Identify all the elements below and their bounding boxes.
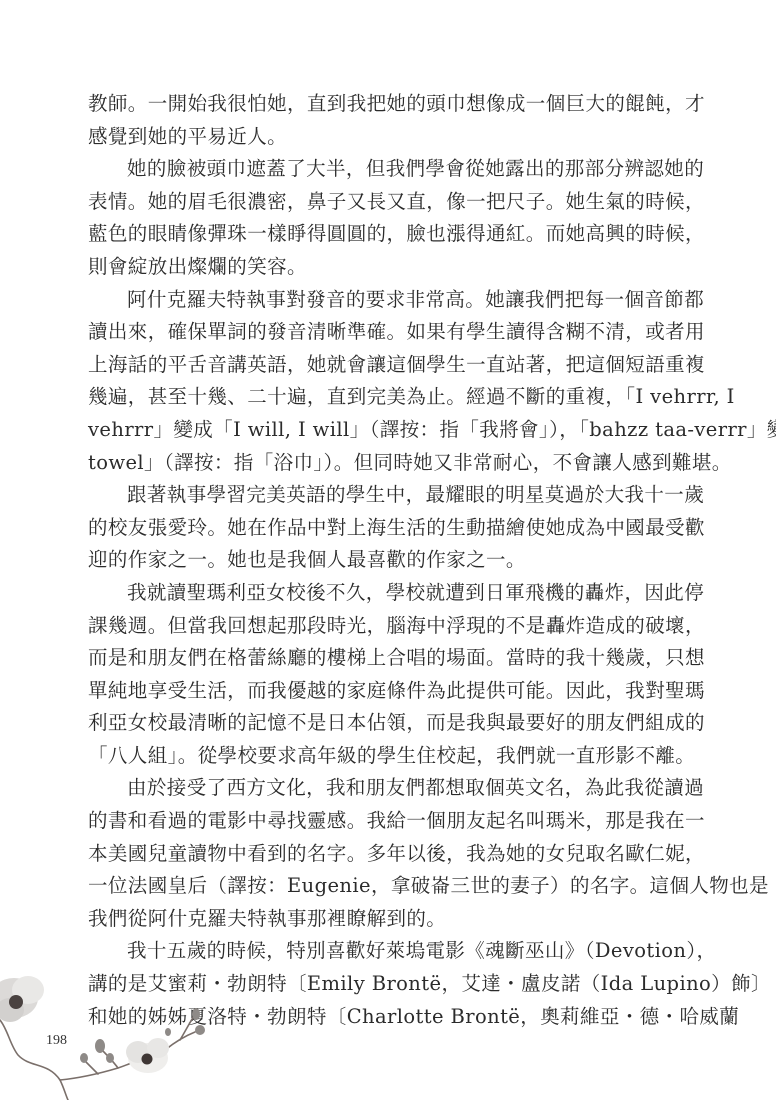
page-body: 教師。一開始我很怕她，直到我把她的頭巾想像成一個巨大的餛飩，才 感覺到她的平易近… (88, 88, 694, 1033)
text-line: 阿什克羅夫特執事對發音的要求非常高。她讓我們把每一個音節都 (88, 284, 694, 317)
paragraph-5: 我就讀聖瑪利亞女校後不久，學校就遭到日軍飛機的轟炸，因此停 課幾週。但當我回想起… (88, 577, 694, 773)
text-line: 「八人組」。從學校要求高年級的學生住校起，我們就一直形影不離。 (88, 740, 694, 773)
text-line: 教師。一開始我很怕她，直到我把她的頭巾想像成一個巨大的餛飩，才 (88, 88, 694, 121)
text-line: 課幾週。但當我回想起那段時光，腦海中浮現的不是轟炸造成的破壞， (88, 610, 694, 643)
paragraph-2: 她的臉被頭巾遮蓋了大半，但我們學會從她露出的那部分辨認她的 表情。她的眉毛很濃密… (88, 153, 694, 283)
paragraph-3: 阿什克羅夫特執事對發音的要求非常高。她讓我們把每一個音節都 讀出來，確保單詞的發… (88, 284, 694, 480)
text-line: 感覺到她的平易近人。 (88, 121, 694, 154)
blossom-left (0, 976, 44, 1022)
paragraph-4: 跟著執事學習完美英語的學生中，最耀眼的明星莫過於大我十一歲 的校友張愛玲。她在作… (88, 479, 694, 577)
text-line: 幾遍，甚至十幾、二十遍，直到完美為止。經過不斷的重複，「I vehrrr, I (88, 381, 694, 414)
blossom-right (126, 1038, 169, 1073)
text-line: 讀出來，確保單詞的發音清晰準確。如果有學生讀得含糊不清，或者用 (88, 316, 694, 349)
text-line: 她的臉被頭巾遮蓋了大半，但我們學會從她露出的那部分辨認她的 (88, 153, 694, 186)
text-line: 表情。她的眉毛很濃密，鼻子又長又直，像一把尺子。她生氣的時候， (88, 186, 694, 219)
text-line: 我就讀聖瑪利亞女校後不久，學校就遭到日軍飛機的轟炸，因此停 (88, 577, 694, 610)
text-line: vehrrr」變成「I will, I will」（譯按：指「我將會」），「ba… (88, 414, 694, 447)
text-line: 藍色的眼睛像彈珠一樣睜得圓圓的，臉也漲得通紅。而她高興的時候， (88, 218, 694, 251)
page-number: 198 (46, 1033, 67, 1049)
text-line: 而是和朋友們在格蕾絲廳的樓梯上合唱的場面。當時的我十幾歲，只想 (88, 642, 694, 675)
paragraph-1: 教師。一開始我很怕她，直到我把她的頭巾想像成一個巨大的餛飩，才 感覺到她的平易近… (88, 88, 694, 153)
text-line: 利亞女校最清晰的記憶不是日本佔領，而是我與最要好的朋友們組成的 (88, 707, 694, 740)
text-line: 本美國兒童讀物中看到的名字。多年以後，我為她的女兒取名歐仁妮， (88, 838, 694, 871)
text-line: 單純地享受生活，而我優越的家庭條件為此提供可能。因此，我對聖瑪 (88, 675, 694, 708)
text-line: 由於接受了西方文化，我和朋友們都想取個英文名，為此我從讀過 (88, 772, 694, 805)
text-line: 則會綻放出燦爛的笑容。 (88, 251, 694, 284)
text-line: 一位法國皇后（譯按：Eugenie，拿破崙三世的妻子）的名字。這個人物也是 (88, 870, 694, 903)
text-line: 上海話的平舌音講英語，她就會讓這個學生一直站著，把這個短語重複 (88, 349, 694, 382)
text-line: 的書和看過的電影中尋找靈感。我給一個朋友起名叫瑪米，那是我在一 (88, 805, 694, 838)
text-line: 我們從阿什克羅夫特執事那裡瞭解到的。 (88, 903, 694, 936)
text-line: towel」（譯按：指「浴巾」）。但同時她又非常耐心，不會讓人感到難堪。 (88, 447, 694, 480)
text-line: 迎的作家之一。她也是我個人最喜歡的作家之一。 (88, 544, 694, 577)
text-line: 跟著執事學習完美英語的學生中，最耀眼的明星莫過於大我十一歲 (88, 479, 694, 512)
paragraph-6: 由於接受了西方文化，我和朋友們都想取個英文名，為此我從讀過 的書和看過的電影中尋… (88, 772, 694, 935)
text-line: 的校友張愛玲。她在作品中對上海生活的生動描繪使她成為中國最受歡 (88, 512, 694, 545)
plum-blossom-branch-illustration (0, 950, 260, 1100)
